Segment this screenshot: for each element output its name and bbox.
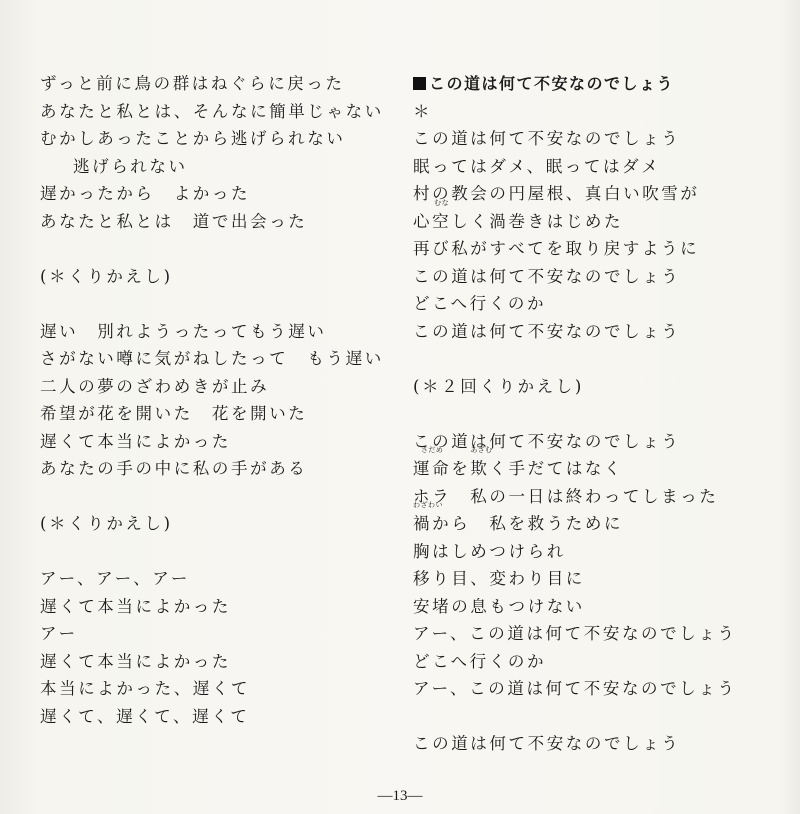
lyric-text: 欺 (470, 459, 489, 478)
lyric-line: ずっと前に鳥の群はねぐらに戻った (40, 70, 390, 98)
lyric-line: この道は何て不安なのでしょう (413, 263, 783, 291)
lyric-line: 遅い 別れようったってもう遅い (40, 318, 390, 346)
lyric-line: 遅くて本当によかった (40, 593, 390, 621)
lyric-line: むかしあったことから逃げられない (40, 125, 390, 153)
lyric-line: 再び私がすべてを取り戻すように (413, 235, 783, 263)
lyric-line: この道は何て不安なのでしょう (413, 125, 783, 153)
blank-line (40, 538, 390, 566)
blank-line (40, 483, 390, 511)
lyric-line: 遅かったから よかった (40, 180, 390, 208)
lyric-line: アー、アー、アー (40, 565, 390, 593)
blank-line (413, 703, 783, 731)
lyric-line: アー (40, 620, 390, 648)
lyric-text: 運命 (413, 459, 451, 478)
blank-line (413, 400, 783, 428)
lyric-text: しく渦巻きはじめた (451, 212, 623, 231)
song-title-text: この道は何て不安なのでしょう (429, 74, 674, 93)
lyric-line: この道は何て不安なのでしょう (413, 428, 783, 456)
repeat-note: (＊２回くりかえし) (413, 373, 783, 401)
lyric-line: 安堵の息もつけない (413, 593, 783, 621)
lyric-line: 二人の夢のざわめきが止み (40, 373, 390, 401)
lyric-line: 本当によかった、遅くて (40, 675, 390, 703)
ruby-word: さだめ運命 (413, 455, 451, 483)
lyric-line: 逃げられない (40, 153, 390, 181)
lyric-line: ホラ 私の一日は終わってしまった (413, 483, 783, 511)
furigana: むな (432, 199, 451, 207)
lyric-line: さがない噂に気がねしたって もう遅い (40, 345, 390, 373)
lyric-line: どこへ行くのか (413, 648, 783, 676)
lyric-text: 空 (432, 212, 451, 231)
lyric-line: どこへ行くのか (413, 290, 783, 318)
ruby-word: むな空 (432, 208, 451, 236)
lyric-line-with-ruby: わざわい禍から 私を救うために (413, 510, 783, 538)
right-lyrics-column: この道は何て不安なのでしょう ＊ この道は何て不安なのでしょう 眠ってはダメ、眠… (413, 70, 783, 758)
lyric-line: あなたと私とは、そんなに簡単じゃない (40, 98, 390, 126)
lyric-line: 希望が花を開いた 花を開いた (40, 400, 390, 428)
lyric-text: く手だてはなく (489, 459, 623, 478)
blank-line (413, 345, 783, 373)
blank-line (40, 290, 390, 318)
lyric-text: から 私を救うために (432, 514, 623, 533)
repeat-note: (＊くりかえし) (40, 263, 390, 291)
lyric-text: 禍 (413, 514, 432, 533)
furigana: わざわい (413, 501, 432, 509)
lyric-line: この道は何て不安なのでしょう (413, 318, 783, 346)
repeat-note: (＊くりかえし) (40, 510, 390, 538)
lyric-text: を (451, 459, 470, 478)
page-number: —13— (0, 788, 800, 805)
furigana: さだめ (413, 446, 451, 454)
lyrics-page: ずっと前に鳥の群はねぐらに戻った あなたと私とは、そんなに簡単じゃない むかしあ… (0, 0, 800, 814)
lyric-line: あなたの手の中に私の手がある (40, 455, 390, 483)
lyric-line: 遅くて本当によかった (40, 648, 390, 676)
ruby-word: あざむ欺 (470, 455, 489, 483)
left-lyrics-column: ずっと前に鳥の群はねぐらに戻った あなたと私とは、そんなに簡単じゃない むかしあ… (40, 70, 390, 730)
lyric-text: 心 (413, 212, 432, 231)
song-title: この道は何て不安なのでしょう (413, 70, 783, 98)
blank-line (40, 235, 390, 263)
lyric-line: この道は何て不安なのでしょう (413, 730, 783, 758)
lyric-line: アー、この道は何て不安なのでしょう (413, 620, 783, 648)
lyric-line: あなたと私とは 道で出会った (40, 208, 390, 236)
furigana: あざむ (470, 446, 489, 454)
lyric-line: アー、この道は何て不安なのでしょう (413, 675, 783, 703)
lyric-line: 村の教会の円屋根、真白い吹雪が (413, 180, 783, 208)
lyric-line: 遅くて本当によかった (40, 428, 390, 456)
chorus-mark: ＊ (413, 98, 783, 126)
lyric-line: 胸はしめつけられ (413, 538, 783, 566)
square-bullet-icon (413, 77, 426, 90)
lyric-line: 移り目、変わり目に (413, 565, 783, 593)
lyric-line: 眠ってはダメ、眠ってはダメ (413, 153, 783, 181)
lyric-line: 遅くて、遅くて、遅くて (40, 703, 390, 731)
lyric-line-with-ruby: さだめ運命をあざむ欺く手だてはなく (413, 455, 783, 483)
ruby-word: わざわい禍 (413, 510, 432, 538)
lyric-line-with-ruby: 心むな空しく渦巻きはじめた (413, 208, 783, 236)
